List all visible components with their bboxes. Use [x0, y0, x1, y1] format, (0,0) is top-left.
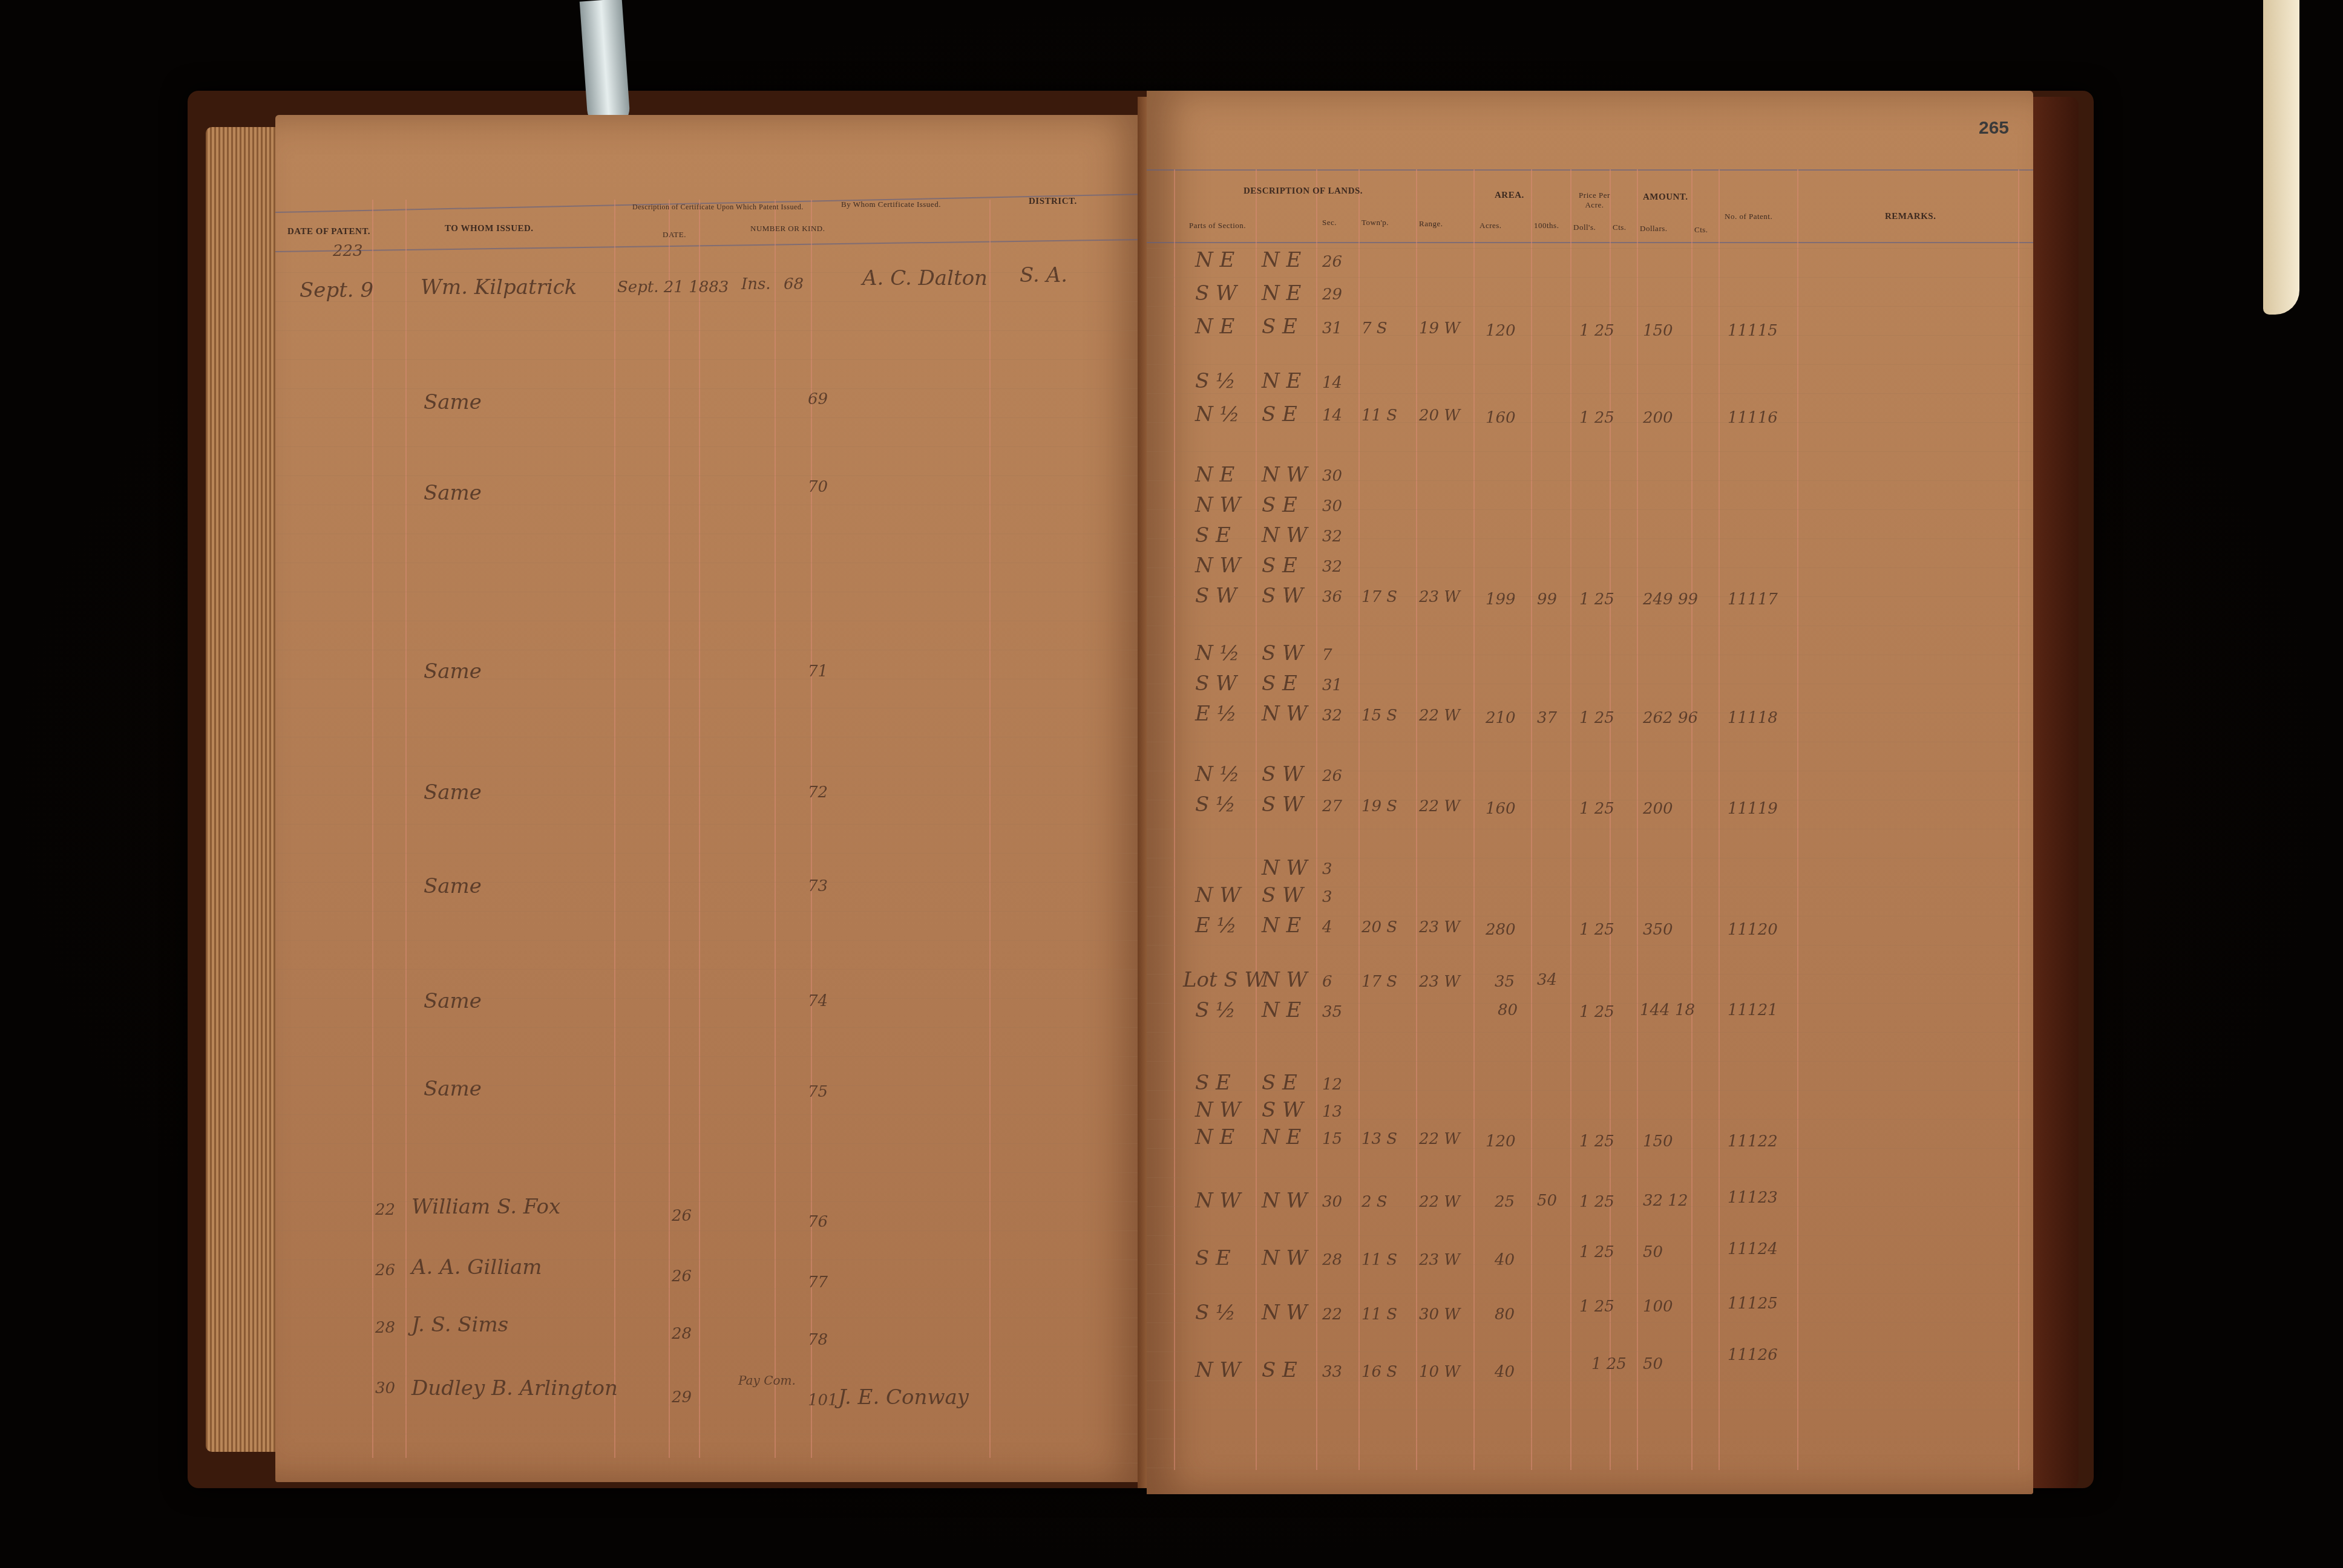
col-header-cert-date: DATE. — [663, 230, 686, 240]
col-header-township: Town'p. — [1362, 218, 1389, 227]
entry-date: 28 — [375, 1319, 395, 1337]
corner-note: 223 — [333, 242, 363, 260]
land-sec: 32 — [1322, 558, 1342, 576]
ledger-rule — [1147, 1206, 2033, 1207]
ledger-rule — [1147, 1322, 2033, 1323]
page-holder-clip-icon — [580, 0, 631, 128]
patent-number: 11116 — [1728, 409, 1778, 427]
entry-cert-date: Sept. 21 1883 — [617, 278, 729, 296]
ledger-rule — [275, 911, 1147, 912]
ledger-rule — [1147, 306, 2033, 307]
col-header-remarks: REMARKS. — [1885, 212, 1936, 222]
land-price: 1 25 — [1579, 921, 1614, 939]
entry-name: A. A. Gilliam — [411, 1255, 542, 1279]
ledger-rule — [275, 853, 1147, 854]
land-part: N ½ — [1195, 402, 1240, 426]
land-part: E ½ — [1195, 702, 1237, 726]
land-part: S E — [1195, 523, 1231, 547]
land-quarter: S E — [1262, 1071, 1297, 1095]
land-hundredths: 50 — [1537, 1192, 1557, 1210]
land-sec: 30 — [1322, 1193, 1342, 1211]
ledger-rule — [1147, 829, 2033, 829]
col-header-range: Range. — [1419, 219, 1443, 229]
ledger-rule — [1147, 945, 2033, 946]
land-sec: 7 — [1322, 646, 1332, 664]
col-header-hundredths: 100ths. — [1534, 221, 1559, 230]
land-quarter: N W — [1262, 1246, 1308, 1270]
land-price: 1 25 — [1591, 1355, 1627, 1373]
land-township: 11 S — [1362, 1305, 1397, 1324]
patent-number: 11123 — [1728, 1189, 1778, 1207]
land-acres: 120 — [1486, 322, 1516, 340]
left-page: DATE OF PATENT. TO WHOM ISSUED. Descript… — [275, 115, 1147, 1482]
land-township: 13 S — [1362, 1130, 1397, 1148]
entry-name: William S. Fox — [411, 1195, 560, 1219]
land-sec: 26 — [1322, 767, 1342, 785]
ledger-rule — [275, 388, 1147, 389]
land-sec: 15 — [1322, 1130, 1342, 1148]
land-part: S E — [1195, 1071, 1231, 1095]
land-part: S W — [1195, 281, 1237, 305]
land-quarter: N W — [1262, 1189, 1308, 1213]
ledger-rule — [1147, 1177, 2033, 1178]
land-sec: 36 — [1322, 588, 1342, 606]
ledger-rule — [275, 940, 1147, 941]
land-part: N ½ — [1195, 641, 1240, 665]
ledger-rule — [1147, 1293, 2033, 1294]
ledger-rule — [1147, 974, 2033, 975]
col-header-amount-cents: Cts. — [1694, 225, 1708, 235]
col-header-acres: Acres. — [1480, 221, 1502, 230]
land-hundredths: 37 — [1537, 709, 1557, 727]
land-amount: 50 — [1643, 1243, 1663, 1261]
ledger-rule — [275, 1376, 1147, 1376]
ledger-rule — [1147, 509, 2033, 510]
land-range: 22 W — [1419, 1193, 1460, 1211]
ledger-rule — [275, 505, 1147, 505]
entry-name: Wm. Kilpatrick — [421, 275, 577, 299]
land-price: 1 25 — [1579, 800, 1614, 818]
ledger-rule — [1147, 1032, 2033, 1033]
ledger-rule — [275, 301, 1147, 302]
col-header-description-of-lands: DESCRIPTION OF LANDS. — [1244, 186, 1363, 197]
entry-number: 72 — [808, 783, 828, 802]
land-part: N W — [1195, 1098, 1241, 1122]
land-range: 23 W — [1419, 1251, 1460, 1269]
header-top-rule — [1147, 169, 2033, 171]
ledger-rule — [1147, 771, 2033, 771]
land-amount: 262 96 — [1643, 709, 1698, 727]
ledger-rule — [275, 1143, 1147, 1144]
col-header-parts-of-section: Parts of Section. — [1189, 221, 1246, 230]
entry-number: 71 — [808, 662, 828, 681]
ledger-rule — [275, 795, 1147, 795]
patent-number: 11115 — [1728, 322, 1778, 340]
ledger-rule — [1147, 1439, 2033, 1439]
land-sec: 35 — [1322, 1003, 1342, 1021]
patent-number: 11121 — [1728, 1001, 1778, 1019]
ledger-rule — [1147, 800, 2033, 800]
col-header-patent-number: No. of Patent. — [1725, 212, 1772, 221]
land-part: S ½ — [1195, 1301, 1236, 1325]
col-header-area: AREA. — [1495, 191, 1524, 201]
ledger-rule — [275, 534, 1147, 534]
ledger-rule — [275, 417, 1147, 418]
ledger-rule — [1147, 713, 2033, 713]
land-sec: 22 — [1322, 1305, 1342, 1324]
ledger-rule — [275, 882, 1147, 883]
entry-number: 74 — [808, 992, 828, 1010]
ledger-rule — [1147, 1410, 2033, 1410]
ledger-rule — [275, 330, 1147, 331]
patent-number: 11125 — [1728, 1295, 1778, 1313]
land-quarter: S E — [1262, 554, 1297, 578]
ledger-rule — [275, 359, 1147, 360]
land-amount: 249 99 — [1643, 590, 1698, 609]
land-range: 23 W — [1419, 973, 1460, 991]
land-part: N W — [1195, 1358, 1241, 1382]
ledger-rule — [275, 1318, 1147, 1318]
land-range: 22 W — [1419, 1130, 1460, 1148]
col-header-date-of-patent: DATE OF PATENT. — [287, 227, 370, 237]
land-amount: 150 — [1643, 322, 1673, 340]
entry-kind: Ins. — [741, 275, 771, 293]
land-acres: 80 — [1498, 1001, 1518, 1019]
col-header-price-cents: Cts. — [1613, 223, 1627, 232]
land-sec: 29 — [1322, 286, 1342, 304]
land-part: N E — [1195, 248, 1234, 272]
land-quarter: N W — [1262, 856, 1308, 880]
land-acres: 40 — [1495, 1251, 1515, 1269]
land-quarter: S W — [1262, 1098, 1303, 1122]
land-amount: 50 — [1643, 1355, 1663, 1373]
ledger-rule — [1147, 596, 2033, 597]
ledger-right-cover-edge — [2030, 97, 2079, 1488]
ledger-rule — [1147, 277, 2033, 278]
ledger-rule — [275, 1405, 1147, 1405]
land-quarter: N W — [1262, 463, 1308, 487]
land-part: N W — [1195, 493, 1241, 517]
ledger-rule — [1147, 1235, 2033, 1236]
land-sec: 32 — [1322, 707, 1342, 725]
land-sec: 12 — [1322, 1076, 1342, 1094]
col-header-cert-number: NUMBER OR KIND. — [750, 224, 825, 234]
land-part: S ½ — [1195, 792, 1236, 817]
land-amount: 200 — [1643, 800, 1673, 818]
ledger-rule — [275, 1463, 1147, 1463]
land-part: S E — [1195, 1246, 1231, 1270]
land-quarter: N W — [1262, 702, 1308, 726]
ledger-rule — [275, 650, 1147, 650]
col-header-certificate: Description of Certificate Upon Which Pa… — [632, 203, 804, 212]
ledger-rule — [275, 446, 1147, 447]
ledger-rule — [275, 272, 1147, 273]
col-header-amount: AMOUNT. — [1643, 192, 1688, 203]
land-part: E ½ — [1195, 913, 1237, 938]
ledger-rule — [275, 1347, 1147, 1347]
land-price: 1 25 — [1579, 1003, 1614, 1021]
land-sec: 4 — [1322, 918, 1332, 936]
land-quarter: N W — [1262, 523, 1308, 547]
entry-cert-date: 28 — [672, 1325, 692, 1343]
ledger-rule — [275, 1172, 1147, 1173]
land-acres: 80 — [1495, 1305, 1515, 1324]
patent-number: 11119 — [1728, 800, 1778, 818]
col-header-price-dollars: Doll's. — [1573, 223, 1596, 232]
land-range: 30 W — [1419, 1305, 1460, 1324]
entry-number: 68 — [784, 275, 804, 293]
patent-number: 11117 — [1728, 590, 1778, 609]
ledger-rule — [275, 1434, 1147, 1434]
entry-by-whom: A. C. Dalton — [862, 266, 988, 290]
land-part: S ½ — [1195, 998, 1236, 1022]
land-sec: 6 — [1322, 973, 1332, 991]
land-sec: 26 — [1322, 253, 1342, 271]
ledger-rule — [275, 1259, 1147, 1260]
col-header-to-whom-issued: TO WHOM ISSUED. — [445, 224, 534, 234]
land-sec: 14 — [1322, 374, 1342, 392]
land-sec: 31 — [1322, 676, 1342, 694]
land-range: 10 W — [1419, 1363, 1460, 1381]
land-township: 2 S — [1362, 1193, 1388, 1211]
ledger-rule — [275, 679, 1147, 679]
ledger-rule — [275, 475, 1147, 476]
ledger-rule — [275, 1114, 1147, 1115]
col-header-by-whom: By Whom Certificate Issued. — [841, 200, 941, 209]
ledger-rule — [275, 1230, 1147, 1231]
ledger-rule — [1147, 916, 2033, 916]
ledger-rule — [1147, 1090, 2033, 1091]
land-quarter: S E — [1262, 493, 1297, 517]
ledger-rule — [1147, 1351, 2033, 1352]
land-part: N W — [1195, 554, 1241, 578]
land-sec: 30 — [1322, 497, 1342, 515]
land-township: 11 S — [1362, 1251, 1397, 1269]
entry-date: 30 — [375, 1379, 395, 1397]
land-township: 15 S — [1362, 707, 1397, 725]
land-quarter: S E — [1262, 402, 1297, 426]
land-township: 17 S — [1362, 588, 1397, 606]
ledger-rule — [1147, 335, 2033, 336]
land-hundredths: 99 — [1537, 590, 1557, 609]
patent-number: 11126 — [1728, 1346, 1778, 1364]
ledger-rule — [1147, 1468, 2033, 1468]
header-bottom-rule — [1147, 242, 2033, 243]
ledger-rule — [275, 824, 1147, 825]
ledger-rule — [1147, 1003, 2033, 1004]
land-price: 1 25 — [1579, 1243, 1614, 1261]
ledger-rule — [275, 1056, 1147, 1057]
ledger-rule — [275, 563, 1147, 563]
entry-date: 26 — [375, 1261, 395, 1279]
entry-number: 70 — [808, 478, 828, 496]
land-quarter: S W — [1262, 792, 1303, 817]
entry-date: 22 — [375, 1201, 395, 1219]
land-price: 1 25 — [1579, 1298, 1614, 1316]
bone-folder-icon — [2263, 0, 2299, 315]
land-quarter: N E — [1262, 248, 1301, 272]
ledger-rule — [275, 621, 1147, 621]
land-amount: 350 — [1643, 921, 1673, 939]
entry-date: Sept. 9 — [300, 278, 373, 302]
ledger-rule — [1147, 538, 2033, 539]
ledger-rule — [275, 1289, 1147, 1289]
entry-name: Same — [424, 874, 482, 898]
patent-number: 11118 — [1728, 709, 1778, 727]
ledger-rule — [1147, 887, 2033, 887]
page-edge-stack — [206, 127, 284, 1452]
entry-name: Same — [424, 390, 482, 414]
entry-name: Dudley B. Arlington — [411, 1376, 618, 1400]
entry-name: J. S. Sims — [411, 1313, 508, 1337]
land-part: N ½ — [1195, 762, 1240, 786]
land-range: 23 W — [1419, 918, 1460, 936]
entry-by-whom: J. E. Conway — [838, 1385, 969, 1410]
land-part: Lot S W — [1183, 968, 1266, 992]
land-price: 1 25 — [1579, 409, 1614, 427]
ledger-rule — [275, 592, 1147, 592]
ledger-rule — [1147, 626, 2033, 626]
land-quarter: S E — [1262, 1358, 1297, 1382]
col-header-amount-dollars: Dollars. — [1640, 224, 1668, 234]
land-price: 1 25 — [1579, 1193, 1614, 1211]
entry-district: S. A. — [1020, 263, 1067, 287]
land-range: 22 W — [1419, 707, 1460, 725]
land-sec: 13 — [1322, 1103, 1342, 1121]
ledger-rule — [1147, 364, 2033, 365]
ledger-rule — [1147, 858, 2033, 858]
entry-cert-date: 26 — [672, 1207, 692, 1225]
land-quarter: S W — [1262, 762, 1303, 786]
ledger-rule — [275, 1027, 1147, 1028]
land-quarter: N W — [1262, 1301, 1308, 1325]
entry-cert-date: 26 — [672, 1267, 692, 1285]
land-part: S ½ — [1195, 369, 1236, 393]
ledger-rule — [1147, 1119, 2033, 1120]
ledger-rule — [1147, 422, 2033, 423]
ledger-rule — [1147, 248, 2033, 249]
entry-number: 73 — [808, 877, 828, 895]
land-sec: 28 — [1322, 1251, 1342, 1269]
ledger-rule — [1147, 1380, 2033, 1381]
land-quarter: N W — [1262, 968, 1308, 992]
ledger-rule — [1147, 451, 2033, 452]
land-township: 17 S — [1362, 973, 1397, 991]
land-acres: 25 — [1495, 1193, 1515, 1211]
ledger-rule — [275, 1085, 1147, 1086]
land-acres: 160 — [1486, 409, 1516, 427]
ledger-rule — [1147, 684, 2033, 684]
land-part: N W — [1195, 1189, 1241, 1213]
land-quarter: N E — [1262, 369, 1301, 393]
ledger-rule — [1147, 480, 2033, 481]
land-acres: 210 — [1486, 709, 1516, 727]
land-price: 1 25 — [1579, 590, 1614, 609]
page-number: 265 — [1979, 118, 2009, 139]
land-township: 16 S — [1362, 1363, 1397, 1381]
col-header-sec: Sec. — [1322, 218, 1337, 227]
entry-number: 101 — [808, 1391, 838, 1410]
entry-name: Same — [424, 780, 482, 805]
col-header-district: DISTRICT. — [1029, 197, 1077, 207]
land-amount: 32 12 — [1643, 1192, 1688, 1210]
entry-cert-date: 29 — [672, 1388, 692, 1406]
land-price: 1 25 — [1579, 322, 1614, 340]
patent-number: 11120 — [1728, 921, 1778, 939]
land-quarter: N E — [1262, 1125, 1301, 1149]
ledger-rule — [1147, 1061, 2033, 1062]
land-sec: 3 — [1322, 860, 1332, 878]
ledger-rule — [275, 969, 1147, 970]
ledger-rule — [275, 766, 1147, 766]
ledger-rule — [275, 998, 1147, 999]
entry-name: Same — [424, 989, 482, 1013]
land-quarter: N E — [1262, 281, 1301, 305]
ledger-rule — [1147, 1264, 2033, 1265]
land-part: N E — [1195, 463, 1234, 487]
land-part: S W — [1195, 584, 1237, 608]
land-acres: 280 — [1486, 921, 1516, 939]
entry-number: 76 — [808, 1213, 828, 1231]
land-quarter: N E — [1262, 998, 1301, 1022]
land-acres: 160 — [1486, 800, 1516, 818]
land-amount: 100 — [1643, 1298, 1673, 1316]
ledger-rule — [275, 1201, 1147, 1202]
land-sec: 3 — [1322, 888, 1332, 906]
land-acres: 35 — [1495, 973, 1515, 991]
land-range: 23 W — [1419, 588, 1460, 606]
patent-number: 11124 — [1728, 1240, 1778, 1258]
col-header-price-per-acre: Price Per Acre. — [1573, 191, 1616, 210]
land-township: 20 S — [1362, 918, 1397, 936]
entry-name: Same — [424, 659, 482, 684]
land-sec: 30 — [1322, 467, 1342, 485]
right-page: DESCRIPTION OF LANDS. Parts of Section. … — [1147, 91, 2033, 1494]
land-sec: 33 — [1322, 1363, 1342, 1381]
ledger-rule — [1147, 1148, 2033, 1149]
ledger-rule — [1147, 655, 2033, 655]
entry-number: 69 — [808, 390, 828, 408]
land-price: 1 25 — [1579, 709, 1614, 727]
land-acres: 199 — [1486, 590, 1516, 609]
entry-name: Same — [424, 481, 482, 505]
ledger-rule — [1147, 567, 2033, 568]
ledger-rule — [275, 737, 1147, 737]
land-quarter: S W — [1262, 641, 1303, 665]
land-quarter: N E — [1262, 913, 1301, 938]
land-amount: 200 — [1643, 409, 1673, 427]
ledger-rule — [1147, 393, 2033, 394]
land-quarter: S W — [1262, 584, 1303, 608]
land-part: N E — [1195, 1125, 1234, 1149]
ledger-rule — [275, 708, 1147, 708]
land-amount: 144 18 — [1640, 1001, 1695, 1019]
entry-name: Same — [424, 1077, 482, 1101]
land-sec: 32 — [1322, 528, 1342, 546]
ledger-rule — [1147, 742, 2033, 742]
land-acres: 40 — [1495, 1363, 1515, 1381]
